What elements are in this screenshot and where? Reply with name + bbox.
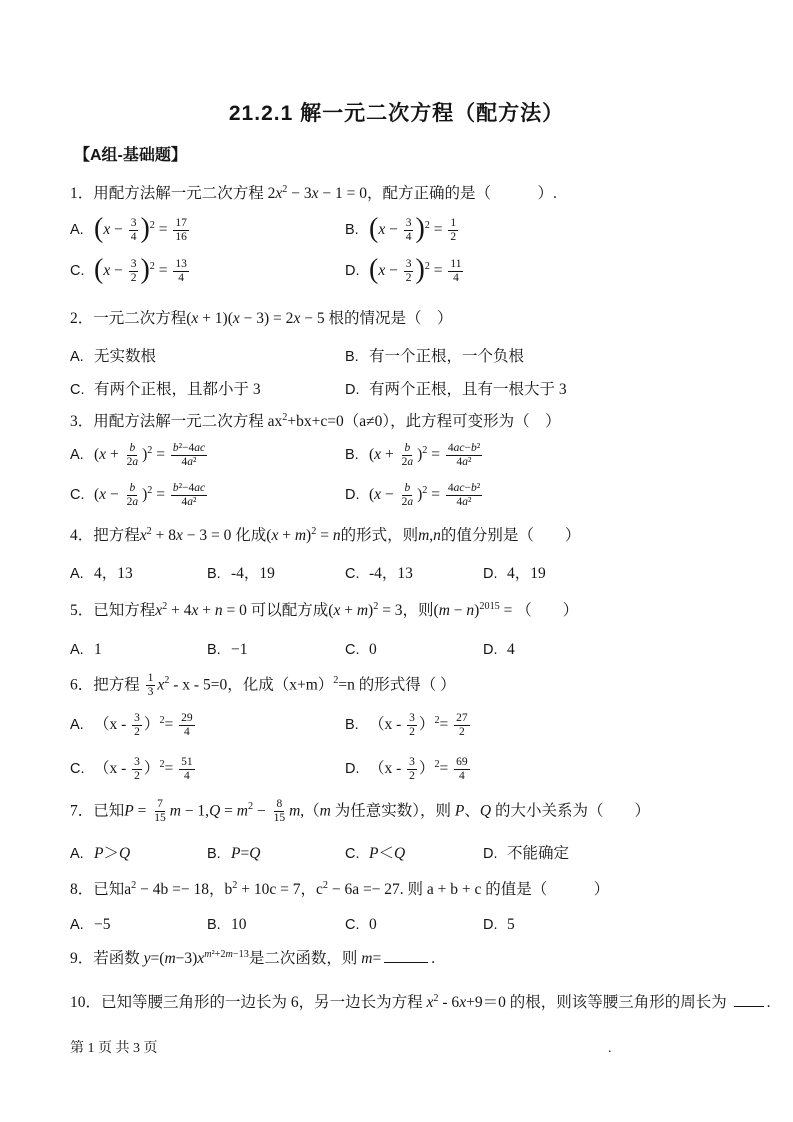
option-label: B. [207, 845, 231, 865]
question-1-option-a: A.(x − 34)2 = 1716 [70, 217, 345, 244]
option-label: D. [483, 916, 507, 936]
question-4-option-a: A.4，13 [70, 564, 207, 585]
page-footer: 第 1 页 共 3 页 [70, 1040, 760, 1059]
option-label: B. [345, 446, 369, 466]
option-content: (x + b2a)2 = b²−4ac4a² [94, 446, 209, 463]
option-label: A. [70, 845, 94, 865]
question-4-option-b: B.-4，19 [207, 564, 345, 585]
question-7-options-row: A.P＞Q B.P=Q C.P＜Q D.不能确定 [70, 844, 760, 865]
option-label: C. [345, 565, 369, 585]
question-7-option-d: D.不能确定 [483, 844, 760, 865]
question-7-option-a: A.P＞Q [70, 844, 207, 865]
question-10-stem: 10．已知等腰三角形的一边长为 6，另一边长为方程 x2 - 6x+9＝0 的根… [70, 993, 760, 1014]
question-6-options-row-1: A.（x - 32）2= 294 B.（x - 32）2= 272 [70, 712, 760, 739]
option-label: C. [345, 916, 369, 936]
question-3-stem: 3．用配方法解一元二次方程 ax2+bx+c=0（a≠0），此方程可变形为（ ） [70, 412, 760, 433]
question-6-option-b: B.（x - 32）2= 272 [345, 712, 760, 739]
option-label: D. [345, 760, 369, 780]
option-label: D. [483, 845, 507, 865]
option-label: A. [70, 446, 94, 466]
question-1-option-c: C.(x − 32)2 = 134 [70, 258, 345, 285]
question-7-option-c: C.P＜Q [345, 844, 483, 865]
question-6-options-row-2: C.（x - 32）2= 514 D.（x - 32）2= 694 [70, 756, 760, 783]
option-label: C. [70, 760, 94, 780]
question-1-options-row-1: A.(x − 34)2 = 1716 B.(x − 34)2 = 12 [70, 217, 760, 244]
question-2-option-b: B.有一个正根，一个负根 [345, 347, 760, 368]
option-label: A. [70, 221, 94, 241]
option-content: 0 [369, 641, 377, 658]
question-5-option-a: A.1 [70, 640, 207, 661]
question-1-stem: 1．用配方法解一元二次方程 2x2 − 3x − 1 = 0，配方正确的是（ ）… [70, 184, 760, 205]
question-3-option-b: B.(x + b2a)2 = 4ac−b²4a² [345, 442, 760, 469]
question-7-stem: 7．已知P = 715m − 1,Q = m2 − 815m,（m 为任意实数）… [70, 798, 760, 825]
option-label: C. [70, 262, 94, 282]
question-6-option-d: D.（x - 32）2= 694 [345, 756, 760, 783]
option-content: 0 [369, 916, 377, 933]
option-content: -4，19 [231, 565, 275, 582]
option-content: （x - 32）2= 272 [369, 716, 472, 733]
question-8-option-b: B.10 [207, 915, 345, 936]
question-2-option-a: A.无实数根 [70, 347, 345, 368]
option-content: (x − b2a)2 = b²−4ac4a² [94, 486, 209, 503]
question-8-options-row: A.−5 B.10 C.0 D.5 [70, 915, 760, 936]
option-content: （x - 32）2= 694 [369, 760, 472, 777]
option-label: C. [345, 641, 369, 661]
option-content: 有两个正根，且都小于 3 [94, 381, 261, 398]
option-content: 无实数根 [94, 348, 156, 365]
option-label: B. [345, 716, 369, 736]
question-3-options-row-1: A.(x + b2a)2 = b²−4ac4a² B.(x + b2a)2 = … [70, 442, 760, 469]
option-label: B. [345, 221, 369, 241]
option-content: −5 [94, 916, 111, 933]
option-content: 4 [507, 641, 515, 658]
question-4-option-d: D.4，19 [483, 564, 760, 585]
option-content: （x - 32）2= 294 [94, 716, 197, 733]
option-label: B. [207, 565, 231, 585]
question-5-stem: 5．已知方程x2 + 4x + n = 0 可以配方成(x + m)2 = 3，… [70, 601, 760, 622]
option-label: D. [483, 565, 507, 585]
option-label: B. [207, 916, 231, 936]
question-3-option-d: D.(x − b2a)2 = 4ac−b²4a² [345, 482, 760, 509]
option-label: C. [70, 381, 94, 401]
question-8-option-c: C.0 [345, 915, 483, 936]
option-label: D. [345, 262, 369, 282]
option-label: C. [345, 845, 369, 865]
question-2-stem: 2．一元二次方程(x + 1)(x − 3) = 2x − 5 根的情况是（ ） [70, 309, 760, 330]
question-3-options-row-2: C.(x − b2a)2 = b²−4ac4a² D.(x − b2a)2 = … [70, 482, 760, 509]
question-9-stem: 9．若函数 y=(m−3)xm²+2m−13是二次函数，则 m=. [70, 949, 760, 970]
option-label: C. [70, 486, 94, 506]
option-content: 1 [94, 641, 102, 658]
option-content: (x − 34)2 = 1716 [94, 221, 191, 238]
option-label: D. [345, 486, 369, 506]
question-1-option-d: D.(x − 32)2 = 114 [345, 258, 760, 285]
question-5-option-b: B.−1 [207, 640, 345, 661]
question-2-option-c: C.有两个正根，且都小于 3 [70, 380, 345, 401]
option-content: 有两个正根，且有一根大于 3 [369, 381, 567, 398]
option-content: 不能确定 [507, 845, 569, 862]
question-3-option-a: A.(x + b2a)2 = b²−4ac4a² [70, 442, 345, 469]
question-2-options-row-1: A.无实数根 B.有一个正根，一个负根 [70, 347, 760, 368]
option-label: D. [345, 381, 369, 401]
option-content: (x − b2a)2 = 4ac−b²4a² [369, 486, 484, 503]
question-1-options-row-2: C.(x − 32)2 = 134 D.(x − 32)2 = 114 [70, 258, 760, 285]
option-label: B. [207, 641, 231, 661]
question-4-options-row: A.4，13 B.-4，19 C.-4，13 D.4，19 [70, 564, 760, 585]
option-content: 有一个正根，一个负根 [369, 348, 524, 365]
option-content: (x − 34)2 = 12 [369, 221, 460, 238]
question-8-option-d: D.5 [483, 915, 760, 936]
question-7-option-b: B.P=Q [207, 844, 345, 865]
option-content: P=Q [231, 845, 260, 862]
option-label: A. [70, 565, 94, 585]
option-content: -4，13 [369, 565, 413, 582]
option-content: 4，19 [507, 565, 546, 582]
option-label: A. [70, 641, 94, 661]
option-content: −1 [231, 641, 248, 658]
question-1-option-b: B.(x − 34)2 = 12 [345, 217, 760, 244]
section-header: 【A组-基础题】 [74, 145, 764, 167]
option-content: P＞Q [94, 845, 130, 862]
question-8-stem: 8．已知a2 − 4b =− 18，b2 + 10c = 7，c2 − 6a =… [70, 880, 760, 901]
question-6-option-c: C.（x - 32）2= 514 [70, 756, 345, 783]
option-content: 4，13 [94, 565, 133, 582]
option-content: P＜Q [369, 845, 405, 862]
option-content: （x - 32）2= 514 [94, 760, 197, 777]
option-label: A. [70, 716, 94, 736]
question-6-stem: 6．把方程 13x2 - x - 5=0，化成（x+m）2=n 的形式得（ ） [70, 672, 760, 699]
question-8-option-a: A.−5 [70, 915, 207, 936]
question-2-option-d: D.有两个正根，且有一根大于 3 [345, 380, 760, 401]
question-5-options-row: A.1 B.−1 C.0 D.4 [70, 640, 760, 661]
option-content: (x − 32)2 = 114 [369, 262, 465, 279]
option-label: A. [70, 348, 94, 368]
option-label: A. [70, 916, 94, 936]
question-6-option-a: A.（x - 32）2= 294 [70, 712, 345, 739]
stray-period: . [608, 1040, 628, 1059]
option-content: 5 [507, 916, 515, 933]
question-5-option-c: C.0 [345, 640, 483, 661]
worksheet-page: 21.2.1 解一元二次方程（配方法） 【A组-基础题】 1．用配方法解一元二次… [0, 0, 793, 1122]
option-label: B. [345, 348, 369, 368]
question-2-options-row-2: C.有两个正根，且都小于 3 D.有两个正根，且有一根大于 3 [70, 380, 760, 401]
question-3-option-c: C.(x − b2a)2 = b²−4ac4a² [70, 482, 345, 509]
option-label: D. [483, 641, 507, 661]
option-content: 10 [231, 916, 247, 933]
option-content: (x + b2a)2 = 4ac−b²4a² [369, 446, 484, 463]
question-5-option-d: D.4 [483, 640, 760, 661]
question-4-stem: 4．把方程x2 + 8x − 3 = 0 化成(x + m)2 = n的形式，则… [70, 526, 760, 547]
question-4-option-c: C.-4，13 [345, 564, 483, 585]
option-content: (x − 32)2 = 134 [94, 262, 191, 279]
page-title: 21.2.1 解一元二次方程（配方法） [0, 100, 793, 128]
